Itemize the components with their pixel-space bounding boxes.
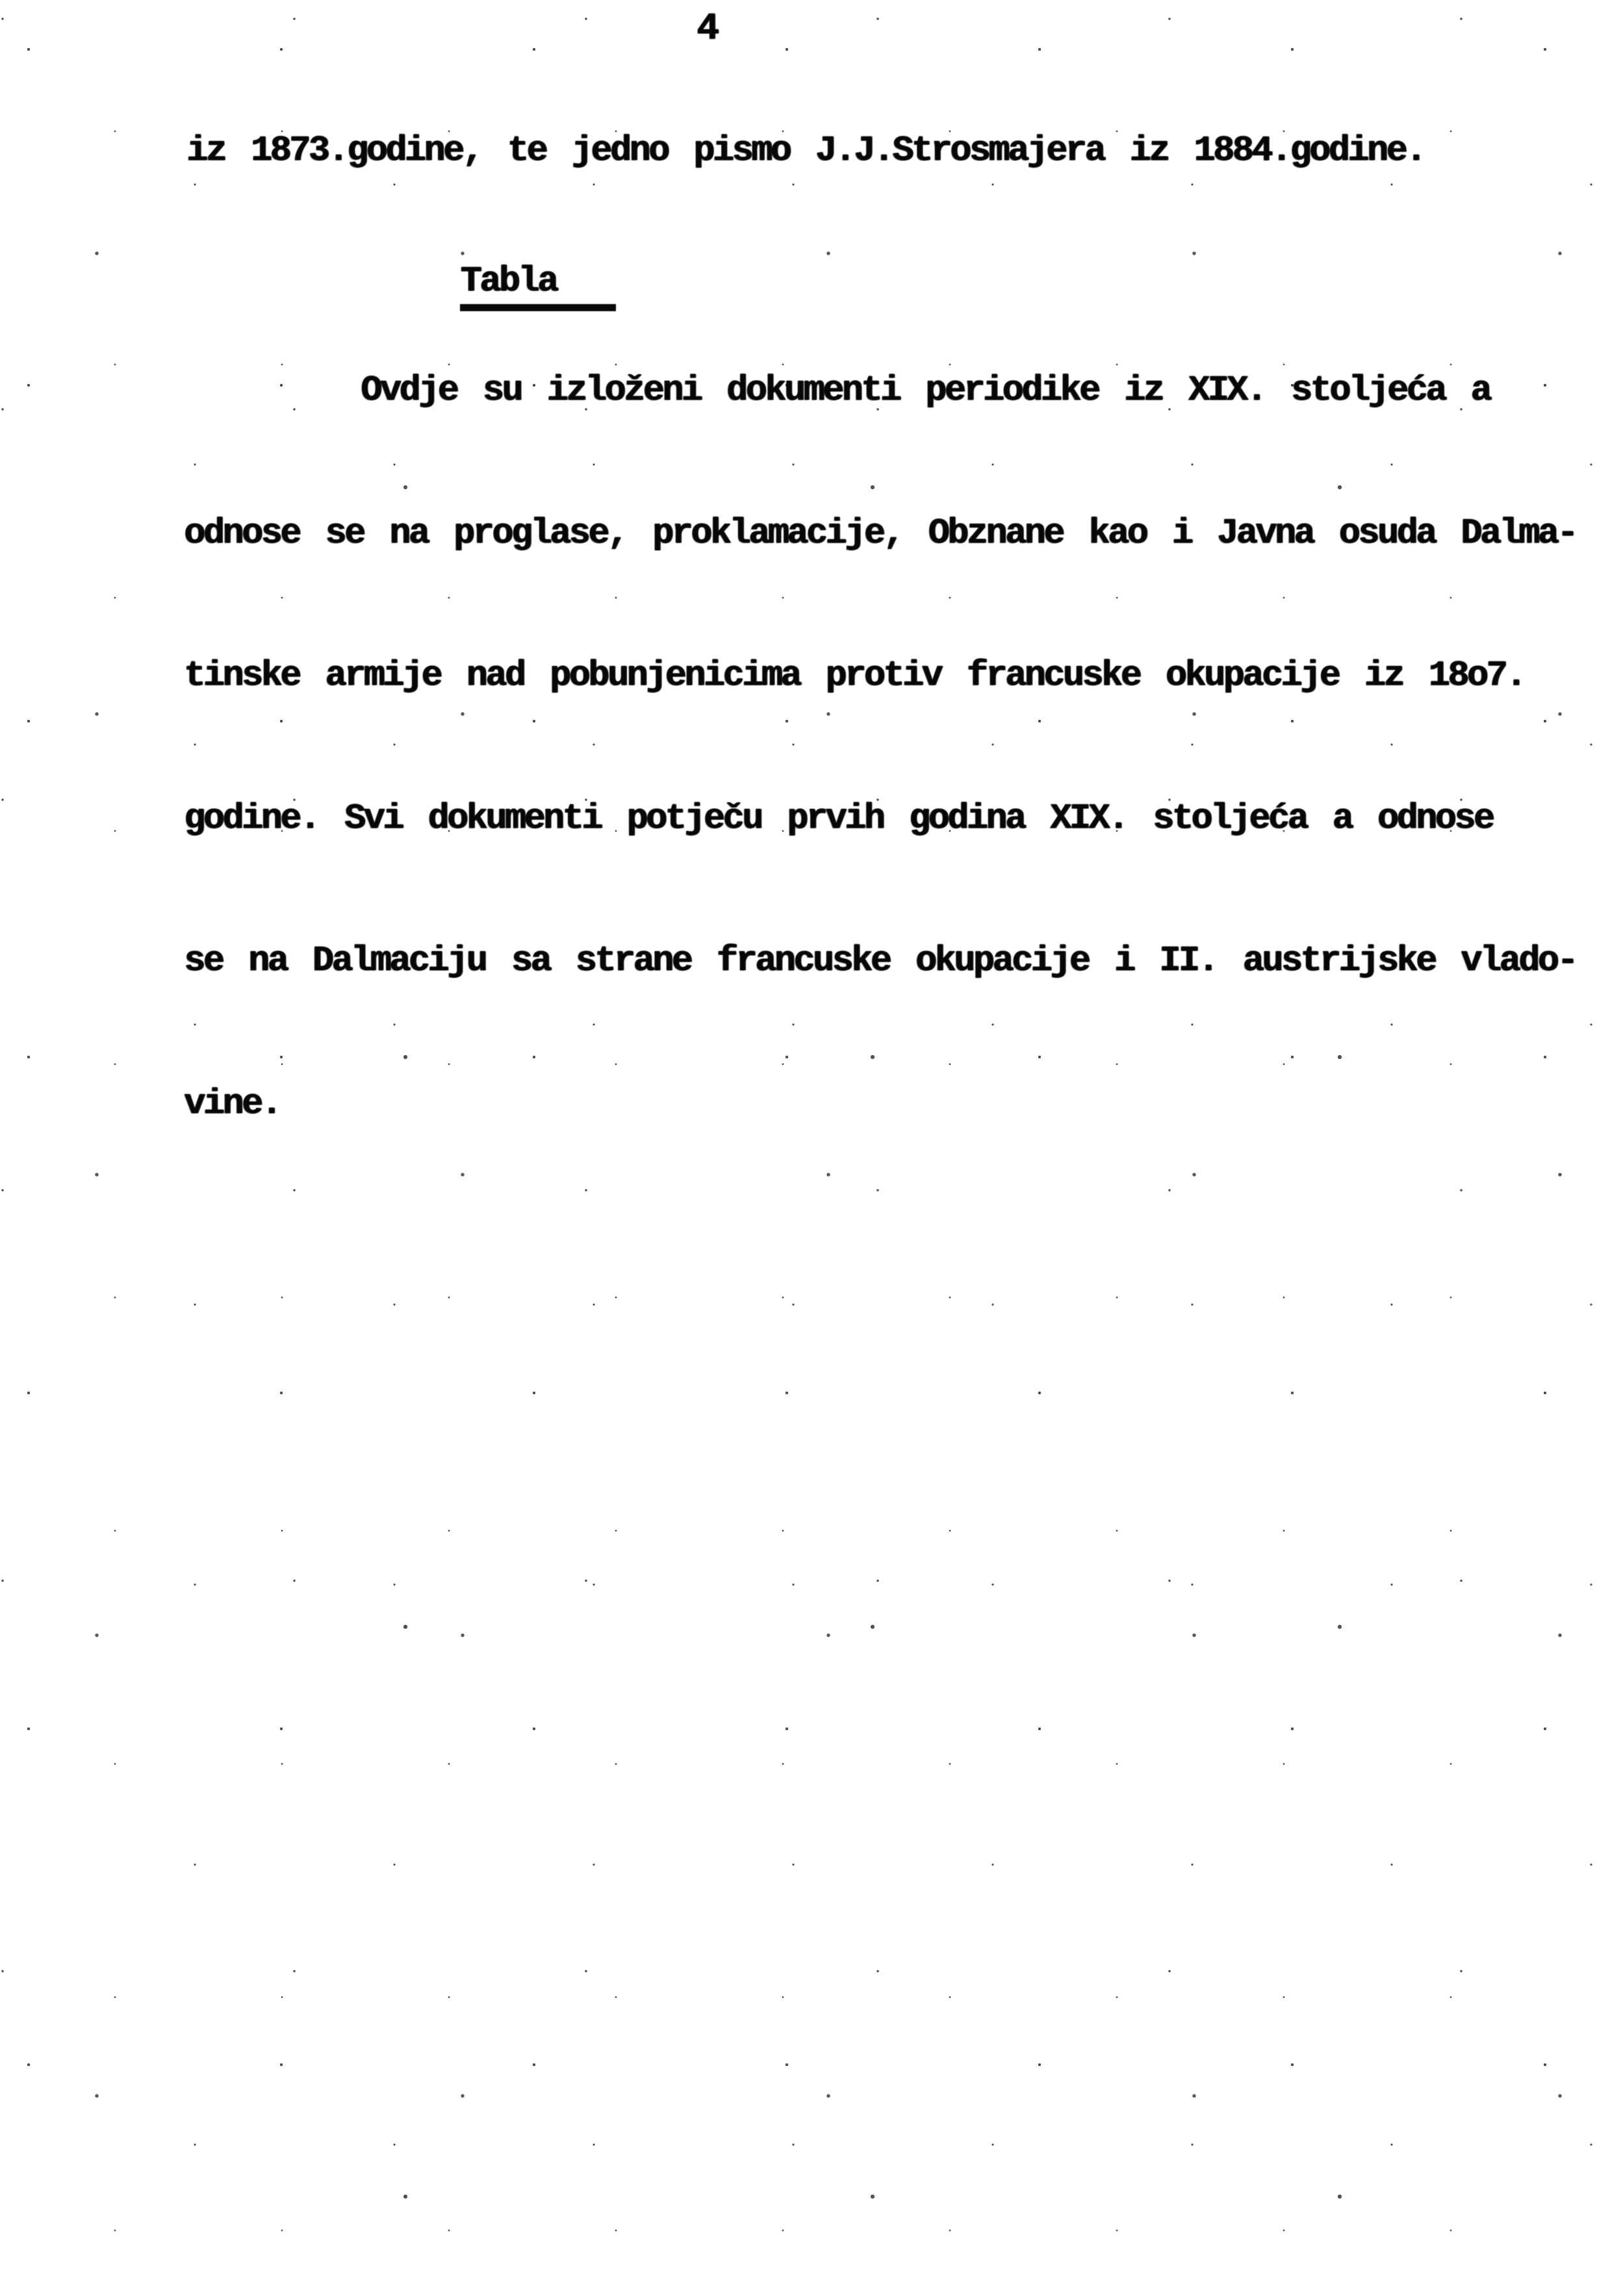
paragraph-block: Ovdje su izloženi dokumenti periodike iz… xyxy=(184,278,1597,1216)
page-number: 4 xyxy=(696,8,717,50)
intro-line: iz 1873.godine, te jedno pismo J.J.Stros… xyxy=(186,130,1425,171)
paragraph-line: tinske armije nad pobunjenicima protiv f… xyxy=(184,645,1597,706)
scanned-document-page: 4 iz 1873.godine, te jedno pismo J.J.Str… xyxy=(0,0,1597,2296)
paragraph-line: odnose se na proglase, proklamacije, Obz… xyxy=(184,503,1597,564)
paragraph-line: vine. xyxy=(184,1073,1597,1134)
paragraph-line: godine. Svi dokumenti potječu prvih godi… xyxy=(184,788,1597,849)
paragraph-line: se na Dalmaciju sa strane francuske okup… xyxy=(184,930,1597,991)
paragraph-line: Ovdje su izloženi dokumenti periodike iz… xyxy=(184,360,1597,421)
